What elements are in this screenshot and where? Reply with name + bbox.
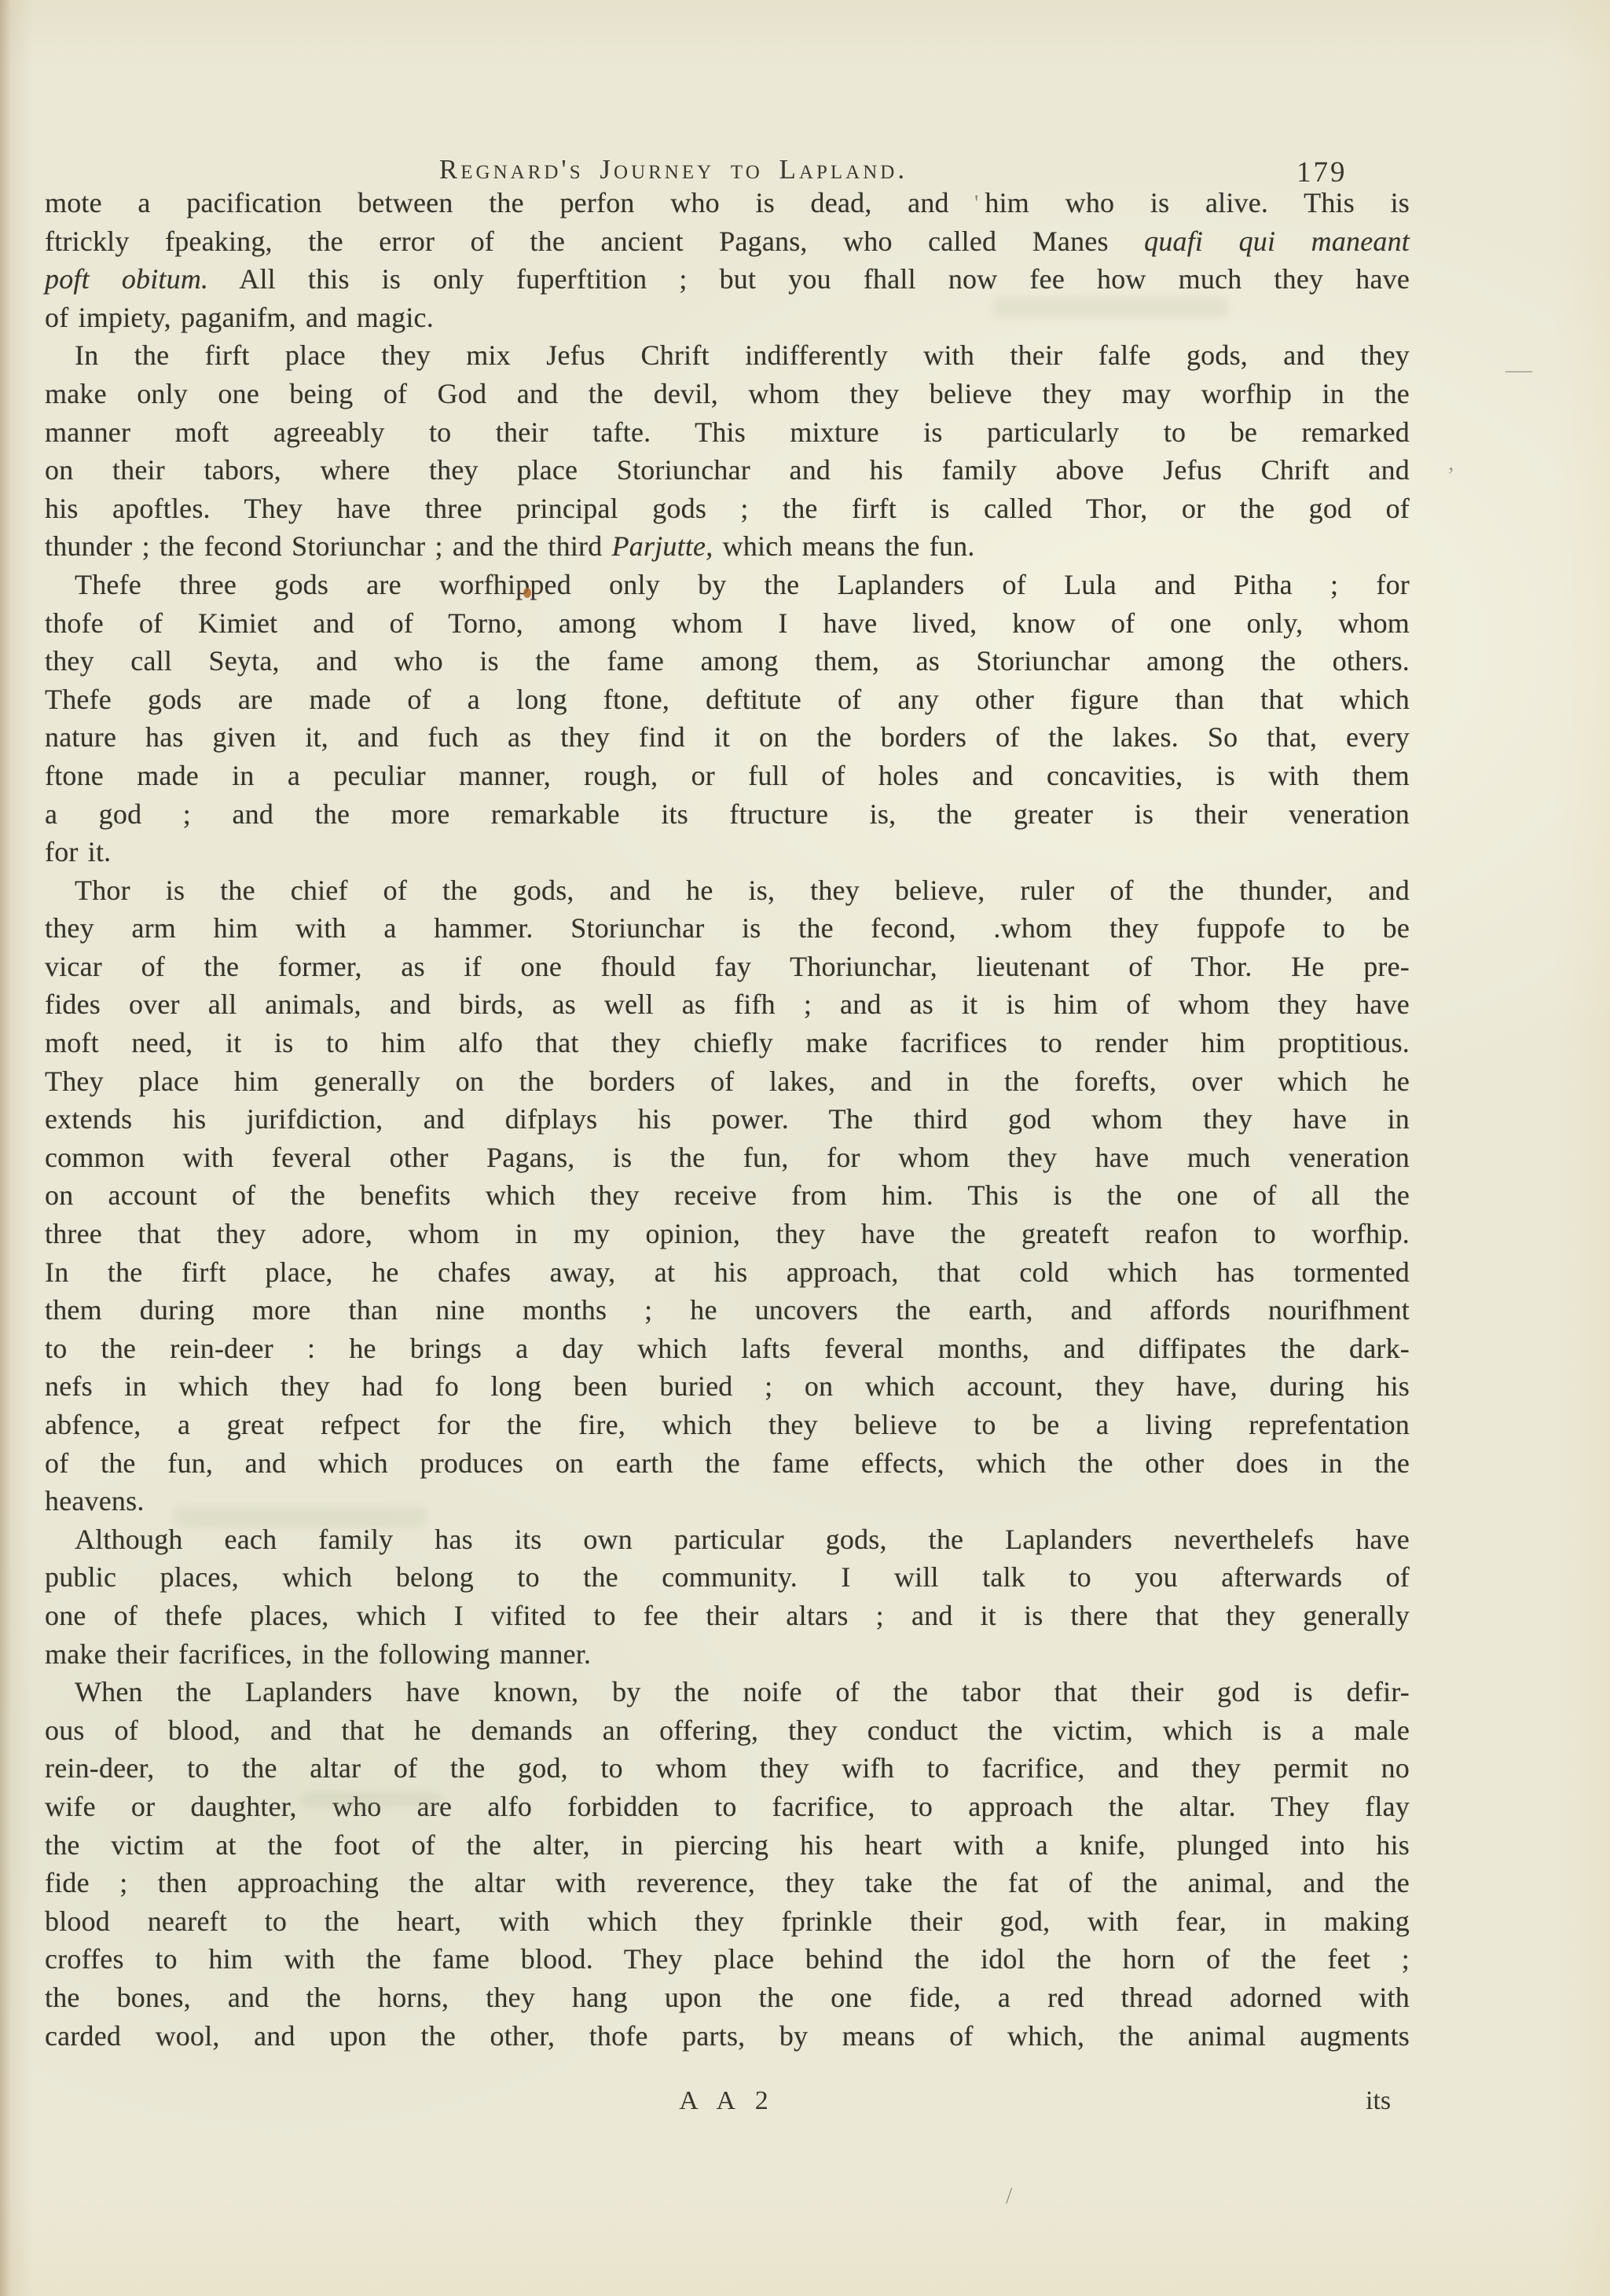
text-line: Thefe gods are made of a long ftone, def… xyxy=(45,680,1410,719)
text-line: abfence, a great refpect for the fire, w… xyxy=(45,1406,1410,1444)
text-line: fides over all animals, and birds, as we… xyxy=(45,985,1410,1024)
signature-mark: A A 2 xyxy=(45,2086,1410,2116)
text-line: Thefe three gods are worfhipped only by … xyxy=(45,566,1410,604)
paragraph: In the firft place they mix Jefus Chrift… xyxy=(45,336,1410,566)
catchword: its xyxy=(1366,2086,1391,2116)
text-line: They place him generally on the borders … xyxy=(45,1062,1410,1101)
text-line: to the rein-deer : he brings a day which… xyxy=(45,1330,1410,1368)
text-line: vicar of the former, as if one fhould fa… xyxy=(45,948,1410,986)
text-line: the bones, and the horns, they hang upon… xyxy=(45,1979,1410,2017)
text-line: one of thefe places, which I vifited to … xyxy=(45,1597,1410,1635)
text-line: croffes to him with the fame blood. They… xyxy=(45,1940,1410,1979)
text-line: of the fun, and which produces on earth … xyxy=(45,1444,1410,1483)
text-line: extends his jurifdiction, and difplays h… xyxy=(45,1100,1410,1139)
text-line: common with feveral other Pagans, is the… xyxy=(45,1139,1410,1177)
text-line: them during more than nine months ; he u… xyxy=(45,1291,1410,1330)
text-line: nature has given it, and fuch as they fi… xyxy=(45,718,1410,757)
text-line: the victim at the foot of the alter, in … xyxy=(45,1826,1410,1865)
paragraph: Thefe three gods are worfhipped only by … xyxy=(45,566,1410,871)
book-page-scan: Regnard's Journey to Lapland. 179 mote a… xyxy=(0,0,1610,2296)
text-line: rein-deer, to the altar of the god, to w… xyxy=(45,1749,1410,1788)
paragraph: Although each family has its own particu… xyxy=(45,1520,1410,1673)
text-line: Thor is the chief of the gods, and he is… xyxy=(45,871,1410,910)
scan-artifact: , xyxy=(1448,449,1454,476)
text-line: ftrickly fpeaking, the error of the anci… xyxy=(45,222,1410,261)
text-line: of impiety, paganifm, and magic. xyxy=(45,299,1410,337)
text-line: public places, which belong to the commu… xyxy=(45,1558,1410,1597)
text-line: they call Seyta, and who is the fame amo… xyxy=(45,642,1410,680)
text-line: make only one being of God and the devil… xyxy=(45,375,1410,413)
scan-artifact: / xyxy=(1006,2183,1012,2210)
text-line: In the firft place they mix Jefus Chrift… xyxy=(45,336,1410,375)
text-line: ous of blood, and that he demands an off… xyxy=(45,1711,1410,1750)
text-line: his apoftles. They have three principal … xyxy=(45,490,1410,528)
text-line: manner moft agreeably to their tafte. Th… xyxy=(45,413,1410,452)
text-line: on their tabors, where they place Storiu… xyxy=(45,451,1410,490)
paragraph: When the Laplanders have known, by the n… xyxy=(45,1673,1410,2055)
text-line: fide ; then approaching the altar with r… xyxy=(45,1864,1410,1902)
text-line: moft need, it is to him alfo that they c… xyxy=(45,1024,1410,1062)
text-line: a god ; and the more remarkable its ftru… xyxy=(45,795,1410,834)
text-line: poft obitum. All this is only fuperftiti… xyxy=(45,260,1410,299)
text-line: heavens. xyxy=(45,1482,1410,1520)
text-line: In the firft place, he chafes away, at h… xyxy=(45,1253,1410,1292)
text-line: on account of the benefits which they re… xyxy=(45,1176,1410,1215)
body-text: mote a pacification between the perfon w… xyxy=(45,184,1410,2055)
text-line: carded wool, and upon the other, thofe p… xyxy=(45,2017,1410,2056)
running-head: Regnard's Journey to Lapland. xyxy=(45,154,1302,185)
text-line: wife or daughter, who are alfo forbidden… xyxy=(45,1788,1410,1826)
text-line: ftone made in a peculiar manner, rough, … xyxy=(45,757,1410,795)
text-line: for it. xyxy=(45,833,1410,871)
text-line: When the Laplanders have known, by the n… xyxy=(45,1673,1410,1711)
paragraph: Thor is the chief of the gods, and he is… xyxy=(45,871,1410,1520)
text-line: they arm him with a hammer. Storiunchar … xyxy=(45,909,1410,948)
text-line: thunder ; the fecond Storiunchar ; and t… xyxy=(45,527,1410,566)
text-line: thofe of Kimiet and of Torno, among whom… xyxy=(45,604,1410,643)
paragraph: mote a pacification between the perfon w… xyxy=(45,184,1410,336)
scan-artifact: — xyxy=(1505,355,1532,385)
text-line: mote a pacification between the perfon w… xyxy=(45,184,1410,222)
text-line: three that they adore, whom in my opinio… xyxy=(45,1215,1410,1253)
text-line: make their facrifices, in the following … xyxy=(45,1635,1410,1674)
text-line: nefs in which they had fo long been buri… xyxy=(45,1367,1410,1406)
text-line: Although each family has its own particu… xyxy=(45,1520,1410,1559)
text-line: blood neareft to the heart, with which t… xyxy=(45,1902,1410,1941)
